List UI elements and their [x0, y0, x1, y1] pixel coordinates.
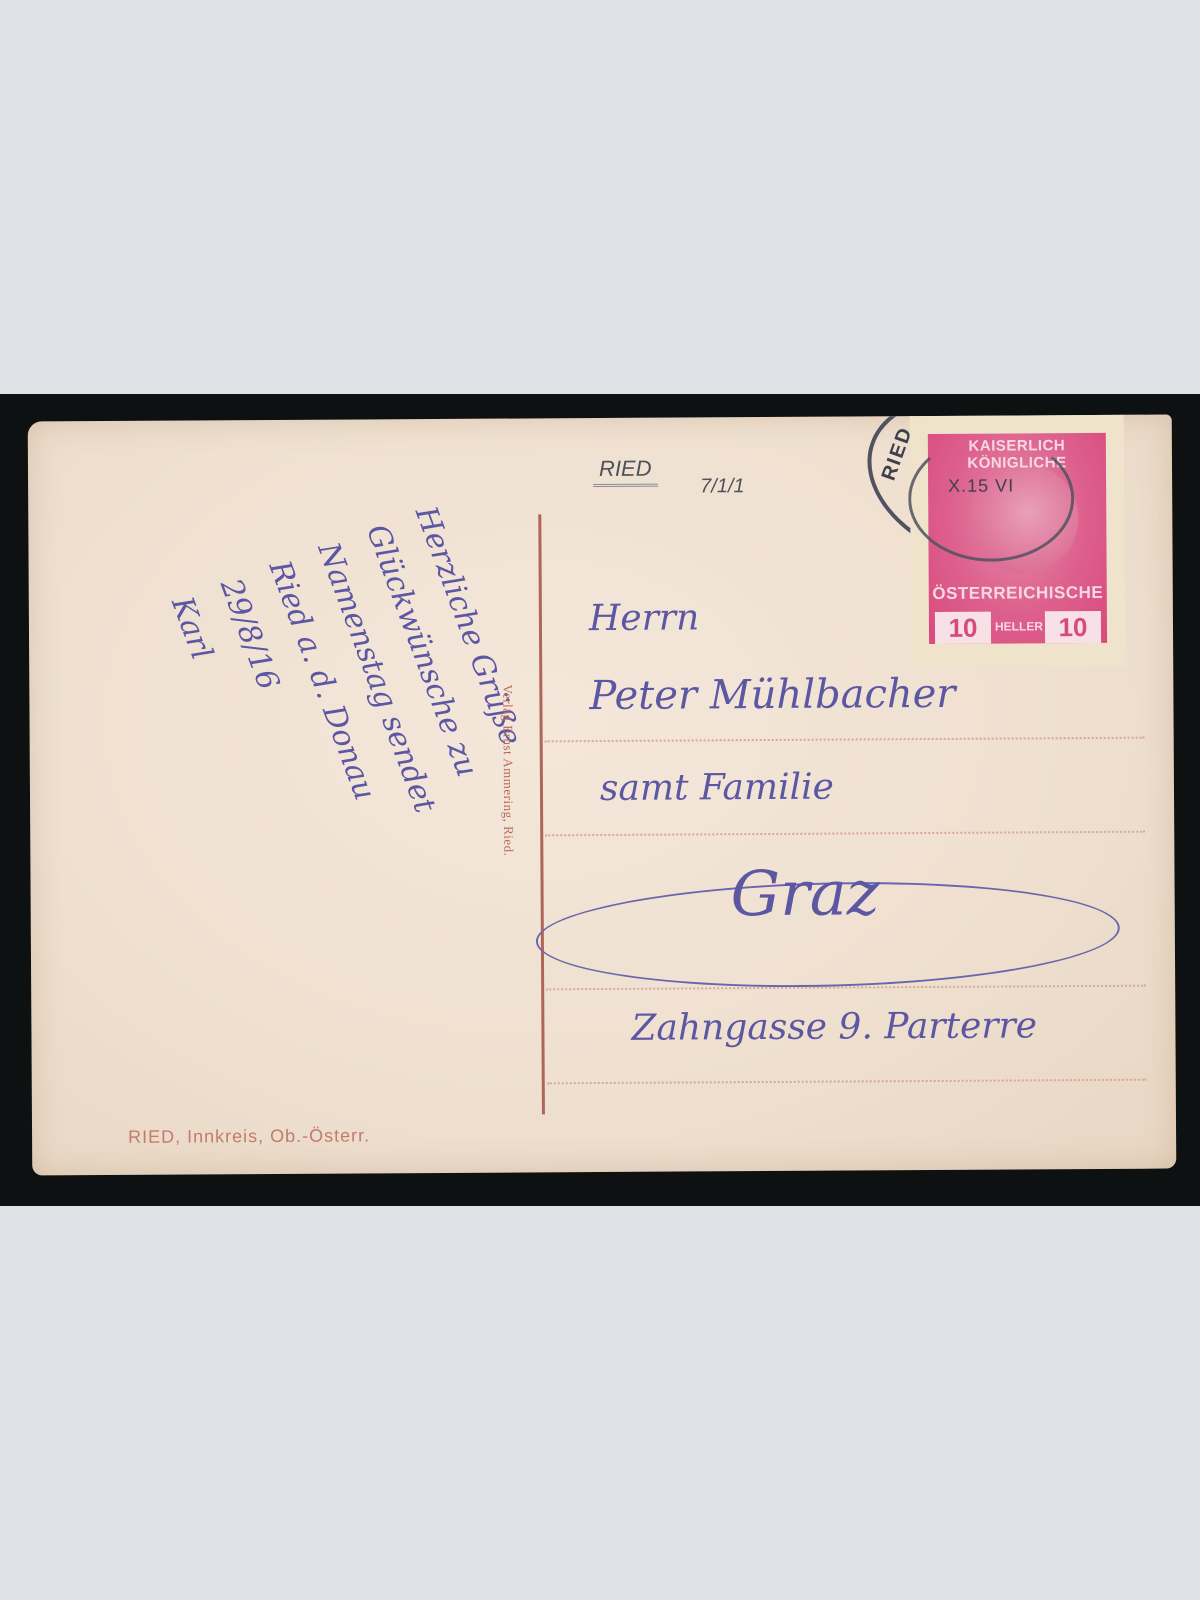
photo-frame: Herzliche Grüße Glückwünsche zu Namensta…: [0, 394, 1200, 1206]
address-line: [545, 737, 1145, 743]
stamp-currency: HELLER: [995, 619, 1041, 633]
archive-label: RIED: [593, 456, 658, 487]
postcard: Herzliche Grüße Glückwünsche zu Namensta…: [28, 415, 1177, 1176]
center-divider-line: [538, 514, 545, 1114]
archive-number: 7/1/1: [700, 475, 745, 498]
publisher-imprint: Verlag Ernst Ammering, Ried.: [499, 685, 516, 857]
postmark-inner-ring: [908, 435, 1075, 562]
handwritten-message: Herzliche Grüße Glückwünsche zu Namensta…: [156, 499, 548, 875]
address-salutation: Herrn: [589, 597, 700, 639]
place-caption: RIED, Innkreis, Ob.-Österr.: [128, 1125, 370, 1147]
address-city: Graz: [730, 856, 879, 930]
postmark-date: X.15 VI: [948, 475, 1014, 496]
stamp-bottom-inscription: ÖSTERREICHISCHE: [929, 583, 1107, 604]
address-line: [545, 831, 1145, 837]
address-street: Zahngasse 9. Parterre: [631, 1005, 1037, 1048]
address-name: Peter Mühlbacher: [589, 671, 955, 719]
address-line2: samt Familie: [600, 767, 834, 809]
address-line: [547, 1079, 1147, 1085]
stamp-value-right: 10: [1045, 611, 1101, 643]
stamp-value-left: 10: [935, 612, 991, 644]
